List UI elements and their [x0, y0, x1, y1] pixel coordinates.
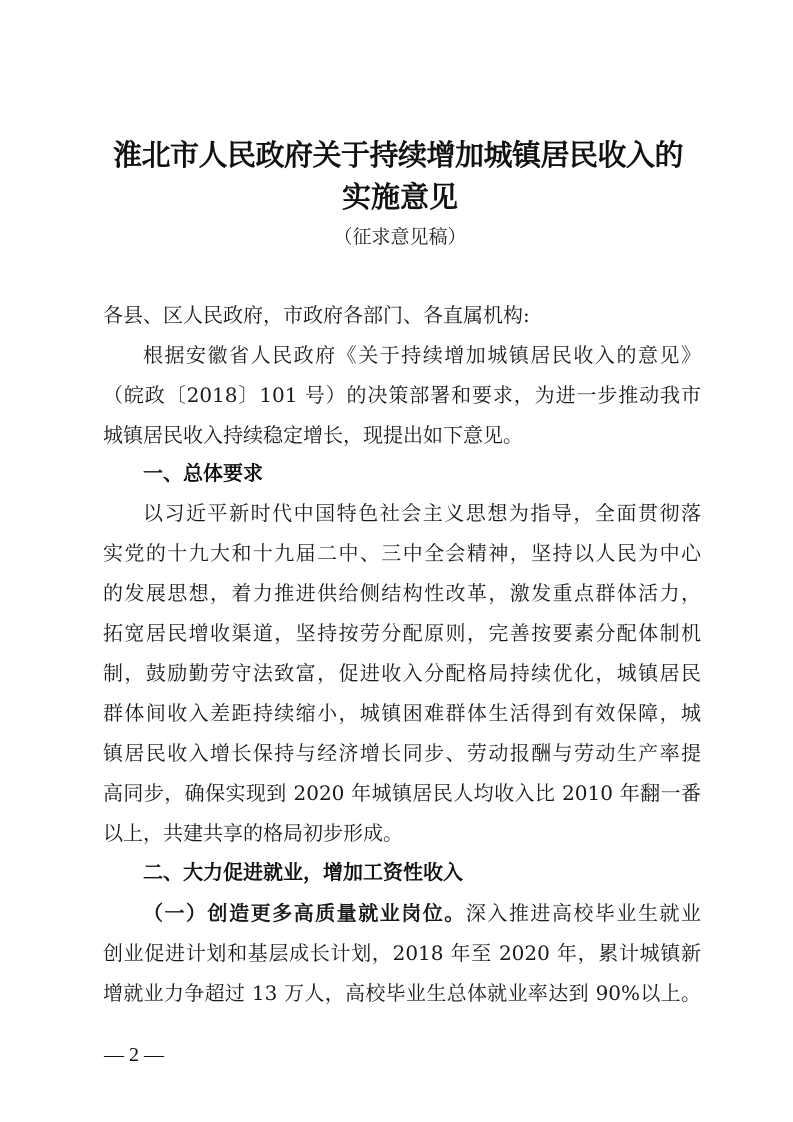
salutation: 各县、区人民政府，市政府各部门、各直属机构:: [103, 299, 701, 331]
section-1-line-2: 实党的十九大和十九届二中、三中全会精神，坚持以人民为中心: [103, 537, 701, 569]
section-2-heading: 二、大力促进就业，增加工资性收入: [143, 856, 463, 888]
section-1-line-9: 以上，共建共享的格局初步形成。: [103, 817, 701, 849]
section-2-sub-1-line-3: 增就业力争超过 13 万人，高校毕业生总体就业率达到 90%以上。: [103, 977, 701, 1009]
section-1-line-8: 高同步，确保实现到 2020 年城镇居民人均收入比 2010 年翻一番: [103, 777, 701, 809]
section-2-sub-1-text: 深入推进高校毕业生就业: [466, 901, 701, 925]
section-2-sub-1-line-2: 创业促进计划和基层成长计划，2018 年至 2020 年，累计城镇新: [103, 937, 701, 969]
section-1-line-3: 的发展思想，着力推进供给侧结构性改革，激发重点群体活力，: [103, 577, 701, 609]
section-1-line-5: 制，鼓励勤劳守法致富，促进收入分配格局持续优化，城镇居民: [103, 657, 701, 689]
section-1-line-1: 以习近平新时代中国特色社会主义思想为指导，全面贯彻落: [143, 497, 701, 529]
section-1-line-7: 镇居民收入增长保持与经济增长同步、劳动报酬与劳动生产率提: [103, 737, 701, 769]
page-number: — 2 —: [104, 1044, 164, 1067]
section-1-heading: 一、总体要求: [143, 457, 263, 489]
document-title-line-2: 实施意见: [100, 175, 700, 216]
section-2-sub-1-line-1: （一）创造更多高质量就业岗位。深入推进高校毕业生就业: [143, 897, 701, 929]
intro-line-3: 城镇居民收入持续稳定增长，现提出如下意见。: [103, 419, 701, 451]
document-subtitle: （征求意见稿）: [100, 222, 700, 249]
intro-line-2: （皖政〔2018〕101 号）的决策部署和要求，为进一步推动我市: [103, 379, 701, 411]
section-1-line-6: 群体间收入差距持续缩小，城镇困难群体生活得到有效保障，城: [103, 697, 701, 729]
section-1-line-4: 拓宽居民增收渠道，坚持按劳分配原则，完善按要素分配体制机: [103, 617, 701, 649]
document-title-line-1: 淮北市人民政府关于持续增加城镇居民收入的: [92, 133, 704, 174]
intro-line-1: 根据安徽省人民政府《关于持续增加城镇居民收入的意见》: [143, 339, 701, 371]
section-2-sub-1-lead: （一）创造更多高质量就业岗位。: [143, 901, 466, 925]
document-page: 淮北市人民政府关于持续增加城镇居民收入的 实施意见 （征求意见稿） 各县、区人民…: [0, 0, 793, 1122]
